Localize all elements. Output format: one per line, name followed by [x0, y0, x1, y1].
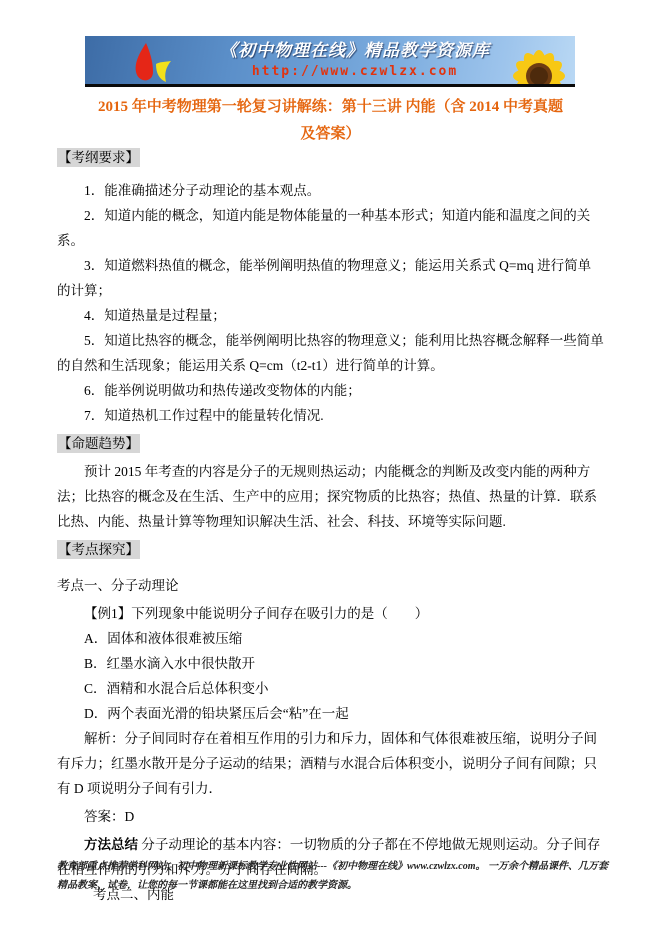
outline-item-5: 5．知道比热容的概念，能举例阐明比热容的物理意义；能利用比热容概念解释一些简单的… [57, 328, 604, 378]
outline-item-7: 7．知道热机工作过程中的能量转化情况. [57, 403, 604, 428]
footer-text-start: 教育部重点推荐学科网站、初中物理新课标教学专业性网站---《初中物理在线》 [57, 861, 407, 872]
section-label-trend: 【命题趋势】 [57, 434, 140, 453]
document-body: 【考纲要求】 1．能准确描述分子动理论的基本观点。 2．知道内能的概念，知道内能… [57, 145, 604, 907]
banner-text-block: 《初中物理在线》精品教学资源库 http://www.czwlzx.com [190, 39, 520, 80]
section-label-key-points: 【考点探究】 [57, 540, 140, 559]
footer-note: 教育部重点推荐学科网站、初中物理新课标教学专业性网站---《初中物理在线》www… [57, 857, 609, 895]
topic-heading-1: 考点一、分子动理论 [57, 573, 604, 598]
banner-site-title: 《初中物理在线》精品教学资源库 [190, 39, 520, 63]
method-summary-label: 方法总结 [84, 837, 138, 852]
option-a: A．固体和液体很难被压缩 [57, 626, 604, 651]
flame-logo-icon [125, 42, 183, 84]
page-title: 2015 年中考物理第一轮复习讲解练：第十三讲 内能（含 2014 中考真题 及… [58, 94, 603, 148]
option-d: D．两个表面光滑的铅块紧压后会“粘”在一起 [57, 701, 604, 726]
answer-line: 答案：D [57, 804, 604, 829]
site-banner: 《初中物理在线》精品教学资源库 http://www.czwlzx.com [85, 36, 575, 87]
footer-site-url[interactable]: www.czwlzx.com [407, 861, 476, 872]
option-c: C．酒精和水混合后总体积变小 [57, 676, 604, 701]
outline-item-4: 4．知道热量是过程量； [57, 303, 604, 328]
outline-item-6: 6．能举例说明做功和热传递改变物体的内能； [57, 378, 604, 403]
analysis-paragraph: 解析：分子间同时存在着相互作用的引力和斥力，固体和气体很难被压缩，说明分子间有斥… [57, 726, 604, 801]
outline-item-2: 2．知道内能的概念，知道内能是物体能量的一种基本形式；知道内能和温度之间的关系。 [57, 203, 604, 253]
outline-item-1: 1．能准确描述分子动理论的基本观点。 [57, 178, 604, 203]
section-label-exam-outline: 【考纲要求】 [57, 148, 140, 167]
example-1-question: 【例1】下列现象中能说明分子间存在吸引力的是（ ） [57, 601, 604, 626]
sunflower-icon [489, 42, 575, 87]
banner-site-url-link[interactable]: http://www.czwlzx.com [190, 63, 520, 80]
trend-paragraph: 预计 2015 年考查的内容是分子的无规则热运动；内能概念的判断及改变内能的两种… [57, 459, 604, 534]
option-b: B．红墨水滴入水中很快散开 [57, 651, 604, 676]
document-page: 《初中物理在线》精品教学资源库 http://www.czwlzx.com 20… [0, 0, 661, 936]
page-title-line-2: 及答案） [58, 121, 603, 148]
outline-item-3: 3．知道燃料热值的概念，能举例阐明热值的物理意义；能运用关系式 Q=mq 进行简… [57, 253, 604, 303]
page-title-line-1: 2015 年中考物理第一轮复习讲解练：第十三讲 内能（含 2014 中考真题 [58, 94, 603, 121]
